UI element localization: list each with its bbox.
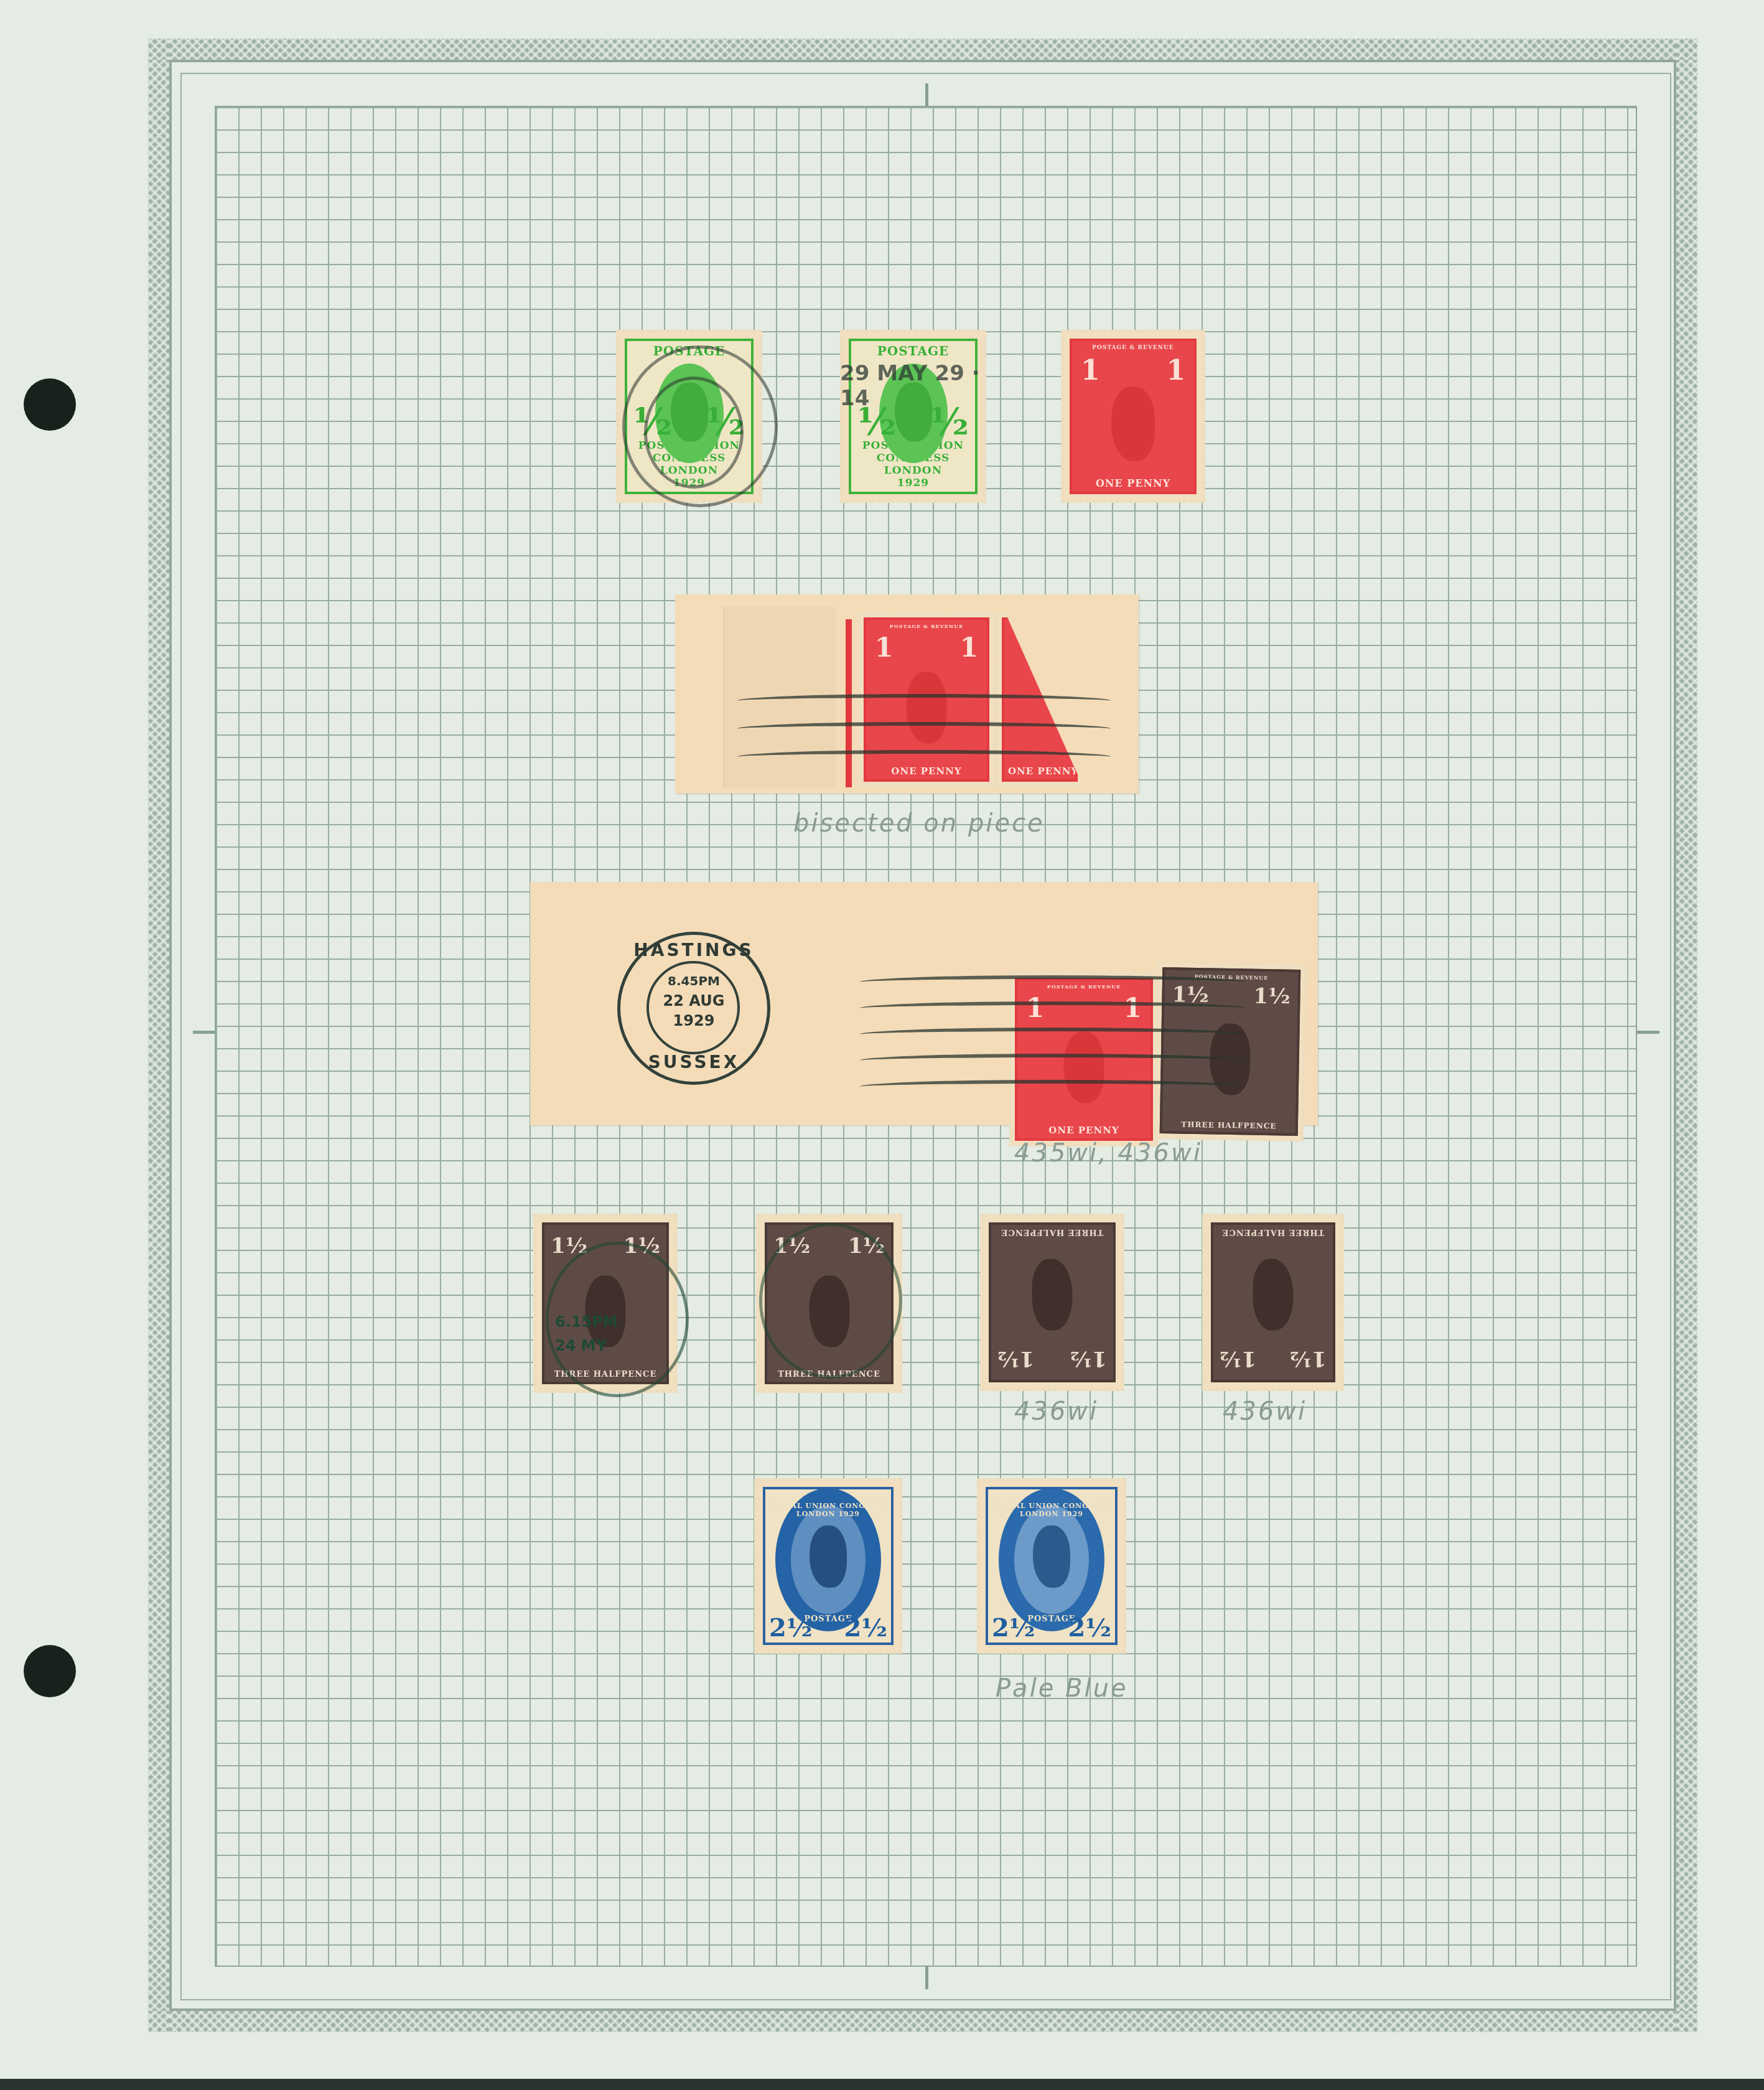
note-436wi-2: 436wi (1223, 1397, 1307, 1426)
stamp-halfpenny-green-2[interactable]: POSTAGE ½ ½ POSTAL UNION CONGRESS LONDON… (840, 330, 986, 503)
stamp-three-halfpence-brown-2[interactable]: 1½ 1½ THREE HALFPENCE (756, 1214, 902, 1393)
stamp-three-halfpence-brown-inverted-1[interactable]: 1½ 1½ THREE HALFPENCE (980, 1214, 1124, 1391)
note-436wi-1: 436wi (1014, 1397, 1098, 1426)
center-tick-bottom (925, 1967, 928, 1989)
wavy-cancel (737, 694, 1111, 708)
postmark-text: 6.15PM 24 MY (555, 1310, 642, 1358)
stamp-three-halfpence-brown[interactable]: POSTAGE & REVENUE 1½ 1½ THREE HALFPENCE (1154, 962, 1307, 1141)
stamp-three-halfpence-brown-inverted-2[interactable]: 1½ 1½ THREE HALFPENCE (1202, 1214, 1344, 1391)
center-tick-top (925, 83, 928, 106)
note-watermark-435-436: 435wi, 436wi (1014, 1139, 1202, 1168)
stamp-halfpenny-green-1[interactable]: POSTAGE ½ ½ POSTAL UNION CONGRESS LONDON… (616, 330, 762, 503)
scan-edge (0, 2079, 1764, 2090)
cover-piece-hastings[interactable]: HASTINGS 8.45PM 22 AUG 1929 SUSSEX POSTA… (530, 882, 1318, 1125)
wavy-cancel (860, 975, 1246, 989)
cover-piece-bisect[interactable]: POSTAGE & REVENUE 1 1 ONE PENNY ONE PENN… (675, 594, 1139, 794)
binder-hole-bottom (24, 1645, 76, 1697)
postmark-text: 29 MAY 29 · 14 (840, 361, 983, 411)
stamp-three-halfpence-brown-1[interactable]: 1½ 1½ THREE HALFPENCE 6.15PM 24 MY (533, 1214, 678, 1393)
center-tick-right (1637, 1031, 1659, 1034)
album-page: POSTAGE ½ ½ POSTAL UNION CONGRESS LONDON… (0, 0, 1764, 2079)
stamp-one-penny-red[interactable]: POSTAGE & REVENUE 1 1 ONE PENNY (1061, 330, 1205, 503)
stamp-two-half-pence-blue[interactable]: POSTAL UNION CONGRESS LONDON 1929 POSTAG… (754, 1478, 902, 1654)
note-bisected: bisected on piece (793, 809, 1045, 838)
stamp-two-half-pence-pale-blue[interactable]: POSTAL UNION CONGRESS LONDON 1929 POSTAG… (977, 1478, 1126, 1654)
center-tick-left (193, 1031, 215, 1034)
note-pale-blue: Pale Blue (996, 1674, 1128, 1703)
binder-hole-top (24, 378, 76, 431)
hastings-postmark: HASTINGS 8.45PM 22 AUG 1929 SUSSEX (617, 932, 770, 1085)
